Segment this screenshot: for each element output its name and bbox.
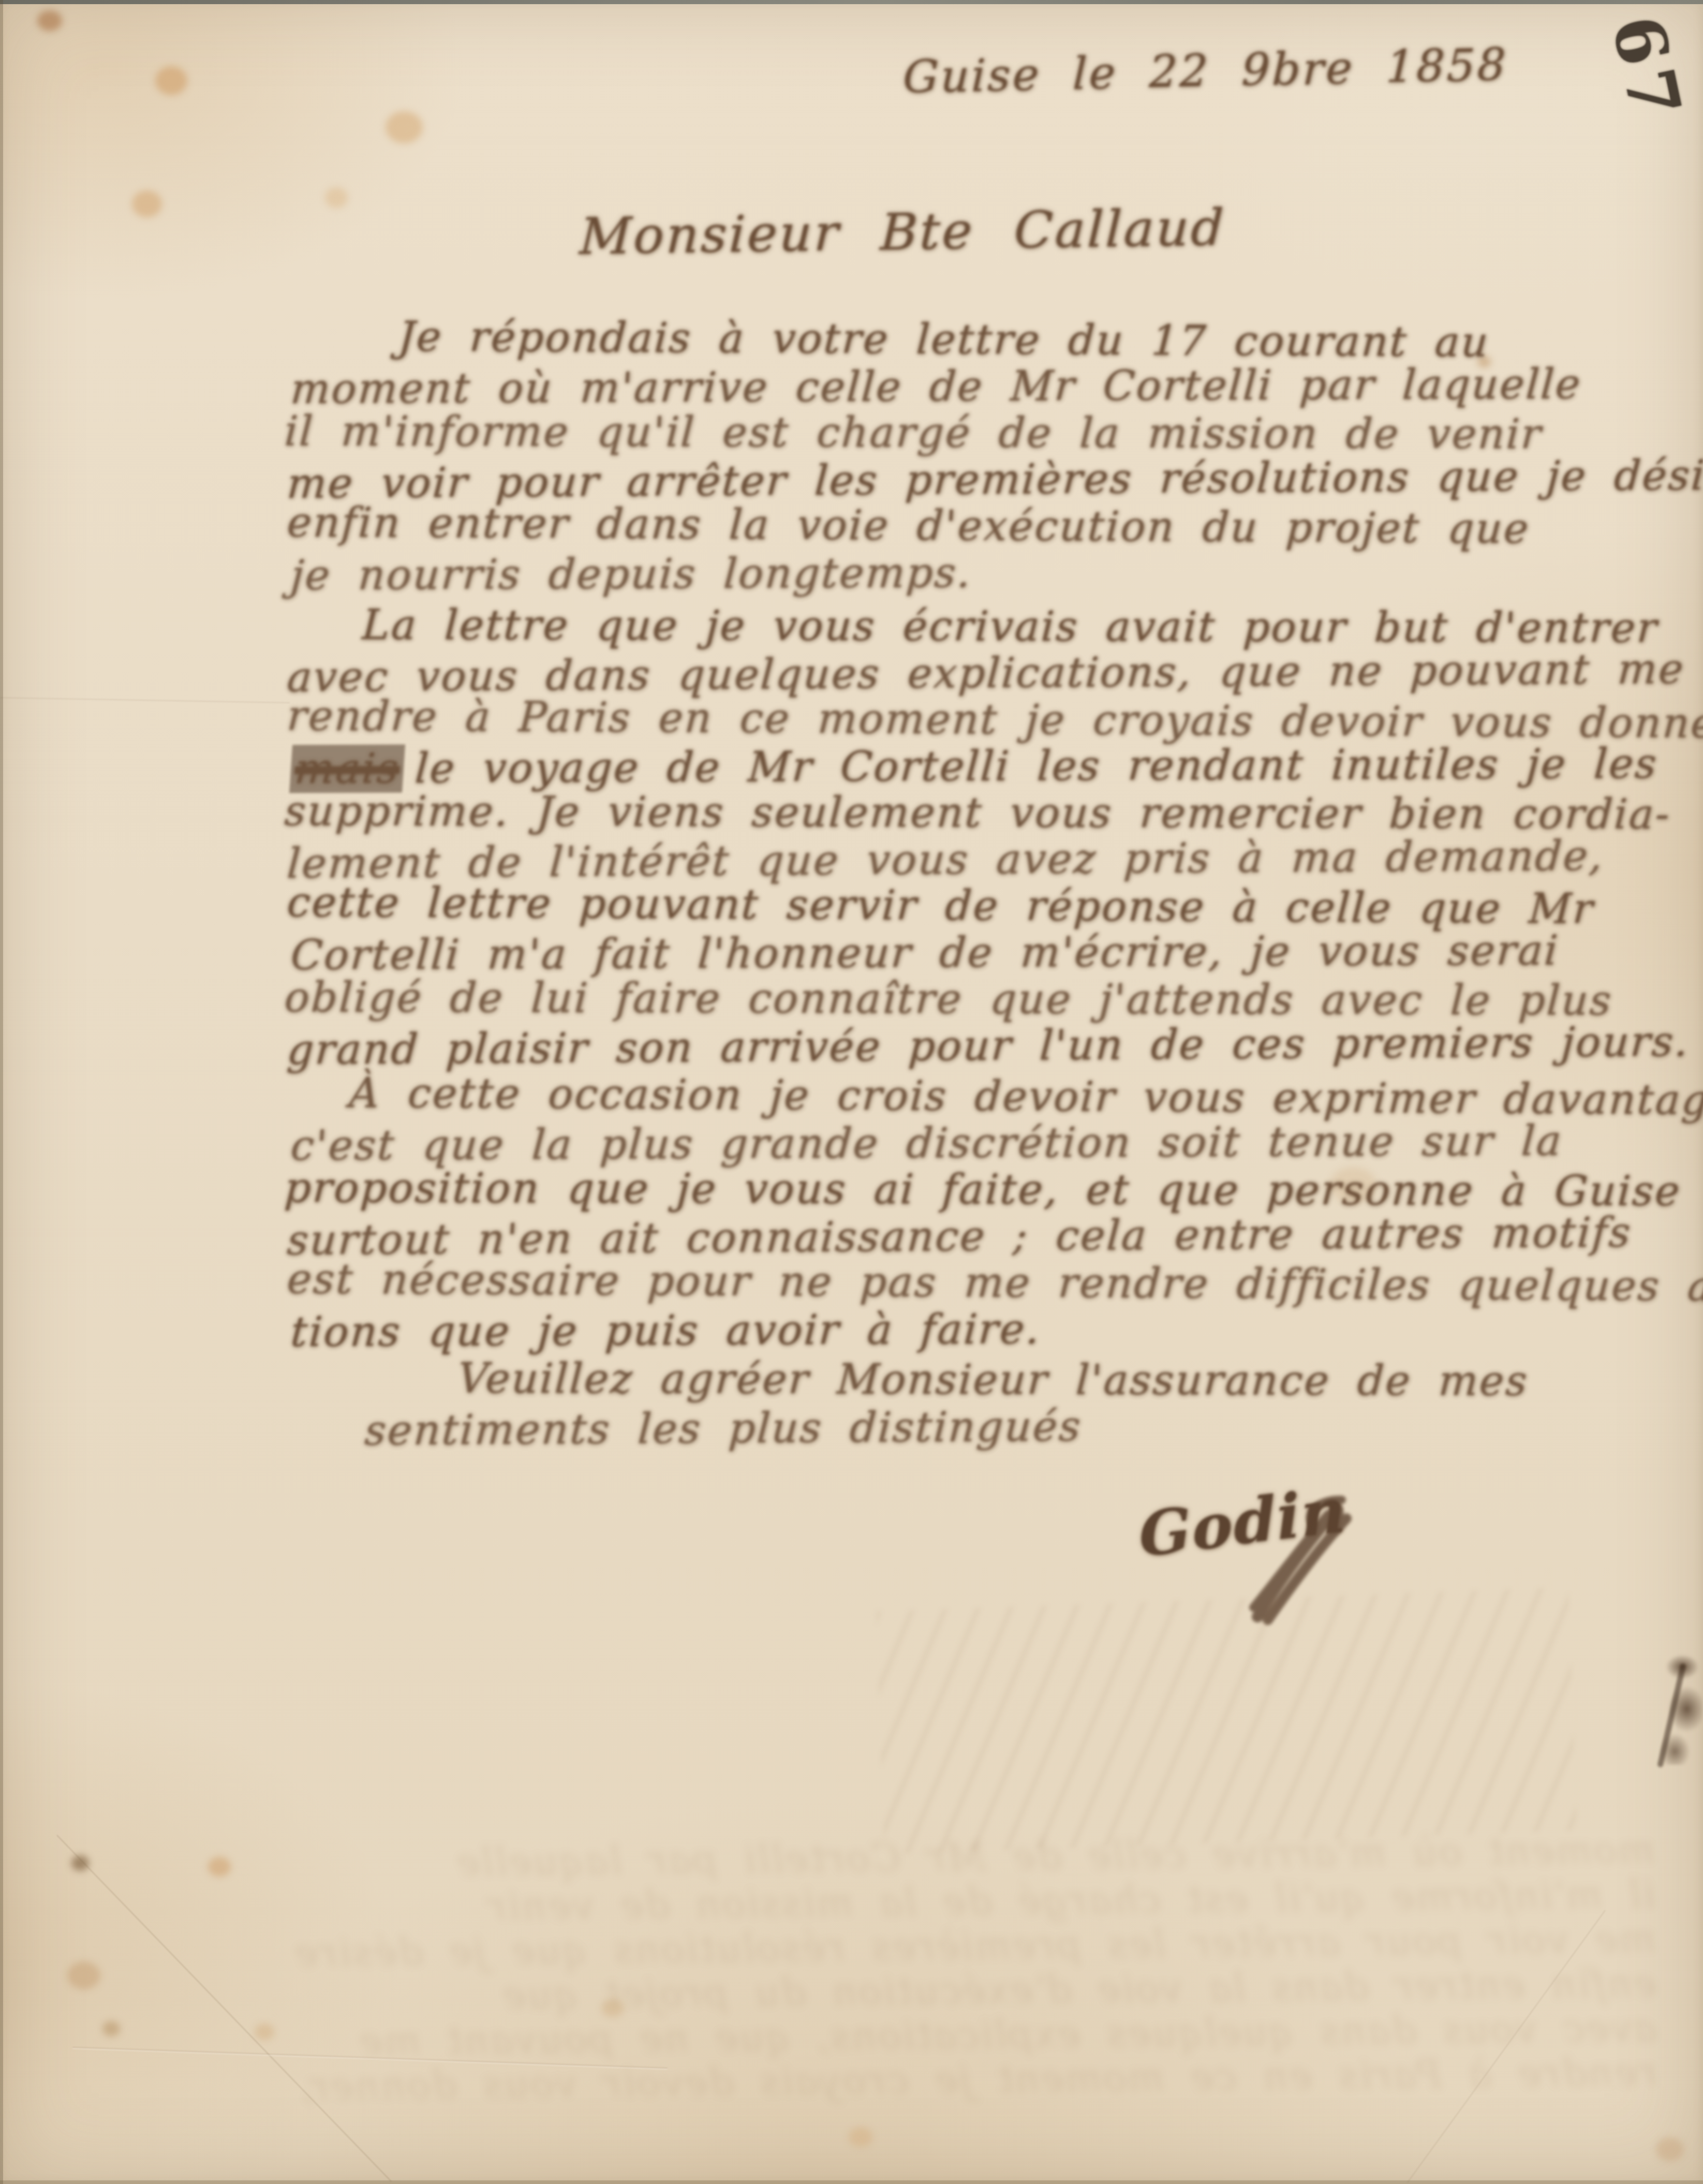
folio-number-stamp: 67 [1596, 9, 1697, 131]
manuscript-line: La lettre que je vous écrivais avait pou… [284, 602, 1703, 652]
manuscript-line: enfin entrer dans la voie d'exécution du… [286, 499, 1703, 554]
manuscript-line: À cette occasion je crois devoir vous ex… [286, 1070, 1703, 1124]
manuscript-line: tions que je puis avoir à faire. [289, 1304, 1703, 1356]
foxing-spot [849, 2127, 872, 2147]
foxing-spot [102, 2021, 120, 2037]
manuscript-line: obligé de lui faire connaître que j'atte… [284, 975, 1703, 1025]
manuscript-line: Veuillez agréer Monsieur l'assurance de … [457, 1355, 1703, 1405]
manuscript-line: grand plaisir son arrivée pour l'un de c… [286, 1019, 1703, 1074]
foxing-spot [1656, 2137, 1684, 2161]
manuscript-line: il m'informe qu'il est chargé de la miss… [284, 408, 1703, 459]
date-line: Guise le 22 9bre 1858 [902, 39, 1508, 104]
manuscript-line: sentiments les plus distingués [363, 1399, 1703, 1454]
struck-word: mais [289, 744, 405, 793]
scan-edge-left [0, 0, 3, 2184]
foxing-spot [325, 187, 348, 208]
crease-line [0, 697, 290, 703]
manuscript-line: moment où m'arrive celle de Mr Cortelli … [289, 361, 1703, 413]
scan-edge-top [0, 0, 1703, 4]
foxing-spot [208, 1857, 231, 1877]
manuscript-line: est nécessaire pour ne pas me rendre dif… [286, 1256, 1703, 1310]
bleedthrough-hatch [876, 1587, 1577, 1854]
foxing-spot [132, 190, 162, 217]
letter-paper: 67 Guise le 22 9bre 1858 Monsieur Bte Ca… [0, 0, 1703, 2184]
foxing-spot [155, 66, 187, 95]
scan-edge-bottom [0, 2180, 1703, 2184]
manuscript-line: maisle voyage de Mr Cortelli les rendant… [289, 741, 1703, 793]
salutation-line: Monsieur Bte Callaud [579, 198, 1226, 266]
foxing-spot [255, 2024, 274, 2040]
manuscript-line: proposition que je vous ai faite, et que… [284, 1165, 1703, 1215]
manuscript-line: cette lettre pouvant servir de réponse à… [286, 879, 1703, 934]
manuscript-line: Je répondais à votre lettre du 17 couran… [286, 313, 1703, 367]
manuscript-line: rendre à Paris en ce moment je croyais d… [286, 693, 1703, 747]
foxing-spot [71, 1855, 89, 1871]
manuscript-line: c'est que la plus grande discrétion soit… [289, 1117, 1703, 1170]
foxing-spot [386, 111, 423, 143]
foxing-spot [37, 10, 62, 31]
foxing-spot [67, 1961, 100, 1989]
manuscript-line: supprime. Je viens seulement vous remerc… [284, 788, 1703, 838]
manuscript-line: je nourris depuis longtemps. [289, 547, 1703, 599]
letter-body: Je répondais à votre lettre du 17 couran… [287, 317, 1703, 1450]
manuscript-line: Cortelli m'a fait l'honneur de m'écrire,… [289, 927, 1703, 979]
bleedthrough-text: moment où m'arrive celle de Mr Cortelli … [330, 1828, 1657, 2109]
